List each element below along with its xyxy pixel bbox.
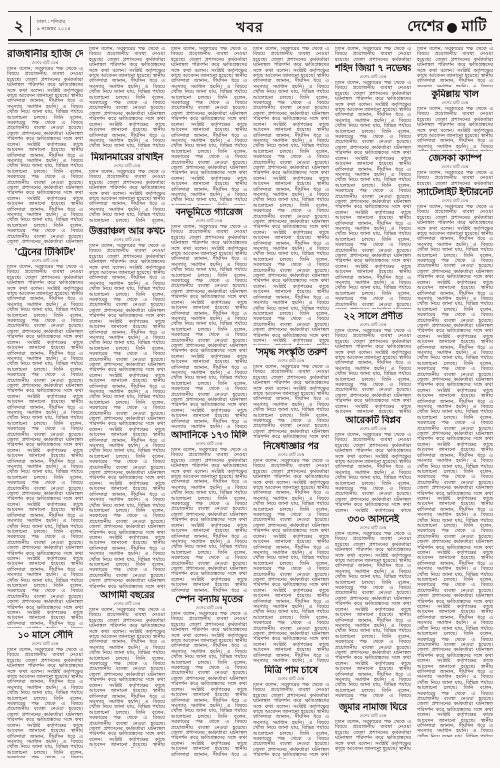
article-columns: রাজধানীর হাজি দেশেরদেশের মাটি ডেস্কতিনি … <box>7 47 493 761</box>
story-headline: স্পেন বন্যায় মৃতের <box>171 594 247 605</box>
story-headline: ১০ মাসে সৌদি <box>7 630 83 641</box>
story-body-text: তিনি বলেন, সরকারের পক্ষ থেকে এ বিষয়ে প্… <box>89 170 165 224</box>
story-headline: আরেকটি বিপ্লব <box>335 415 411 426</box>
header-bottom-rule-thick <box>8 39 492 41</box>
story-body-text: তিনি বলেন, সরকারের পক্ষ থেকে এ বিষয়ে প্… <box>335 81 411 309</box>
news-column-3: তিনি বলেন, সরকারের পক্ষ থেকে এ বিষয়ে প্… <box>171 47 247 761</box>
story-byline: দেশের মাটি ডেস্ক <box>253 676 329 682</box>
story-byline: দেশের মাটি ডেস্ক <box>335 426 411 432</box>
masthead-word-2: মাটি <box>461 15 486 40</box>
story-headline: রাজধানীর হাজি দেশের <box>7 49 83 60</box>
story-headline: 'সমৃদ্ধ সংস্কৃতি তরুণ <box>253 347 329 358</box>
story-body-text: তিনি বলেন, সরকারের পক্ষ থেকে এ বিষয়ে প্… <box>417 171 493 185</box>
story-byline: দেশের মাটি ডেস্ক <box>171 441 247 447</box>
story-byline: দেশের মাটি ডেস্ক <box>335 322 411 328</box>
story-headline: জেসকা ক্যাম্প <box>417 153 493 164</box>
story-byline: দেশের মাটি ডেস্ক <box>417 164 493 170</box>
story-headline: 'ট্রেনের টিকিটিং' <box>7 247 83 258</box>
story-body-text: তিনি বলেন, সরকারের পক্ষ থেকে এ বিষয়ে প্… <box>417 205 493 737</box>
story-headline: শহিদ জিয়া ৭ নভেম্বর <box>335 63 411 74</box>
header-top-rule <box>8 11 492 12</box>
newspaper-page: ২ ঢাকা : শনিবার ৯ নভেম্বর ২০২৪ খবর দেশের… <box>0 0 500 768</box>
news-column-4: তিনি বলেন, সরকারের পক্ষ থেকে এ বিষয়ে প্… <box>253 47 329 761</box>
section-title: খবর <box>236 20 264 36</box>
story-body-text: তিনি বলেন, সরকারের পক্ষ থেকে এ বিষয়ে প্… <box>171 612 247 757</box>
story-body-text: তিনি বলেন, সরকারের পক্ষ থেকে এ বিষয়ে প্… <box>335 47 411 61</box>
story-body-text: তিনি বলেন, সরকারের পক্ষ থেকে এ বিষয়ে প্… <box>89 47 165 150</box>
story-body-text: তিনি বলেন, সরকারের পক্ষ থেকে এ বিষয়ে প্… <box>7 648 83 758</box>
news-column-2: তিনি বলেন, সরকারের পক্ষ থেকে এ বিষয়ে প্… <box>89 47 165 761</box>
story-body-text: তিনি বলেন, সরকারের পক্ষ থেকে এ বিষয়ে প্… <box>335 433 411 512</box>
story-body-text: তিনি বলেন, সরকারের পক্ষ থেকে এ বিষয়ে প্… <box>335 329 411 413</box>
masthead: দেশের মাটি <box>407 15 486 40</box>
story-byline: দেশের মাটি ডেস্ক <box>89 601 165 607</box>
story-headline: ৩৩০ আসনেই <box>335 514 411 525</box>
story-byline: দেশের মাটি ডেস্ক <box>253 452 329 458</box>
news-column-1: রাজধানীর হাজি দেশেরদেশের মাটি ডেস্কতিনি … <box>7 47 83 761</box>
masthead-word-1: দেশের <box>407 15 443 40</box>
story-headline: ২২ সালে প্রণীত <box>335 311 411 322</box>
story-headline: বনভূমিতে গ্যারেজ <box>171 207 247 218</box>
story-byline: দেশের মাটি ডেস্ক <box>7 60 83 66</box>
story-body-text: তিনি বলেন, সরকারের পক্ষ থেকে এ বিষয়ে প্… <box>417 47 493 87</box>
story-byline: দেশের মাটি ডেস্ক <box>253 358 329 364</box>
story-body-text: তিনি বলেন, সরকারের পক্ষ থেকে এ বিষয়ে প্… <box>335 532 411 700</box>
story-byline: দেশের মাটি ডেস্ক <box>417 198 493 204</box>
story-byline: দেশের মাটি ডেস্ক <box>335 525 411 531</box>
story-body-text: তিনি বলেন, সরকারের পক্ষ থেকে এ বিষয়ে প্… <box>7 67 83 245</box>
story-headline: জুমার নামাজ ঘিরে <box>335 702 411 713</box>
story-body-text: তিনি বলেন, সরকারের পক্ষ থেকে এ বিষয়ে প্… <box>171 47 247 205</box>
story-byline: দেশের মাটি ডেস্ক <box>417 100 493 106</box>
header-bottom-rule-thin <box>8 43 492 44</box>
masthead-globe-icon <box>447 23 457 33</box>
story-body-text: তিনি বলেন, সরকারের পক্ষ থেকে এ বিষয়ে প্… <box>171 448 247 592</box>
story-headline: নিষেধাজ্ঞার পর <box>253 441 329 452</box>
story-headline: আগামী বছরের <box>89 590 165 601</box>
story-headline: কুমিল্লায় খাল <box>417 89 493 100</box>
story-headline: মিত্রি পাম চাষে <box>253 665 329 676</box>
story-byline: দেশের মাটি ডেস্ক <box>89 237 165 243</box>
story-byline: দেশের মাটি ডেস্ক <box>335 713 411 719</box>
story-headline: স্যাটেলাইট ইন্টারনেট <box>417 187 493 198</box>
story-body-text: তিনি বলেন, সরকারের পক্ষ থেকে এ বিষয়ে প্… <box>171 225 247 428</box>
story-byline: দেশের মাটি ডেস্ক <box>7 258 83 264</box>
news-column-6: তিনি বলেন, সরকারের পক্ষ থেকে এ বিষয়ে প্… <box>417 47 493 761</box>
story-body-text: তিনি বলেন, সরকারের পক্ষ থেকে এ বিষয়ে প্… <box>89 244 165 588</box>
story-byline: দেশের মাটি ডেস্ক <box>171 605 247 611</box>
story-headline: উত্তরাঞ্চল আর কখনো <box>89 226 165 237</box>
story-headline: আদানিকে ১৭৩ মিলিয়ন <box>171 430 247 441</box>
story-body-text: তিনি বলেন, সরকারের পক্ষ থেকে এ বিষয়ে প্… <box>417 107 493 151</box>
story-byline: দেশের মাটি ডেস্ক <box>171 218 247 224</box>
story-body-text: তিনি বলেন, সরকারের পক্ষ থেকে এ বিষয়ে প্… <box>89 608 165 748</box>
story-byline: দেশের মাটি ডেস্ক <box>7 641 83 647</box>
story-body-text: তিনি বলেন, সরকারের পক্ষ থেকে এ বিষয়ে প্… <box>335 720 411 752</box>
story-body-text: তিনি বলেন, সরকারের পক্ষ থেকে এ বিষয়ে প্… <box>253 683 329 759</box>
news-column-5: তিনি বলেন, সরকারের পক্ষ থেকে এ বিষয়ে প্… <box>335 47 411 761</box>
story-body-text: তিনি বলেন, সরকারের পক্ষ থেকে এ বিষয়ে প্… <box>7 265 83 628</box>
story-headline: মিয়ানমারের রাখাইন <box>89 152 165 163</box>
story-byline: দেশের মাটি ডেস্ক <box>335 74 411 80</box>
story-byline: দেশের মাটি ডেস্ক <box>89 163 165 169</box>
story-body-text: তিনি বলেন, সরকারের পক্ষ থেকে এ বিষয়ে প্… <box>253 47 329 345</box>
story-body-text: তিনি বলেন, সরকারের পক্ষ থেকে এ বিষয়ে প্… <box>253 459 329 663</box>
story-body-text: তিনি বলেন, সরকারের পক্ষ থেকে এ বিষয়ে প্… <box>253 365 329 439</box>
